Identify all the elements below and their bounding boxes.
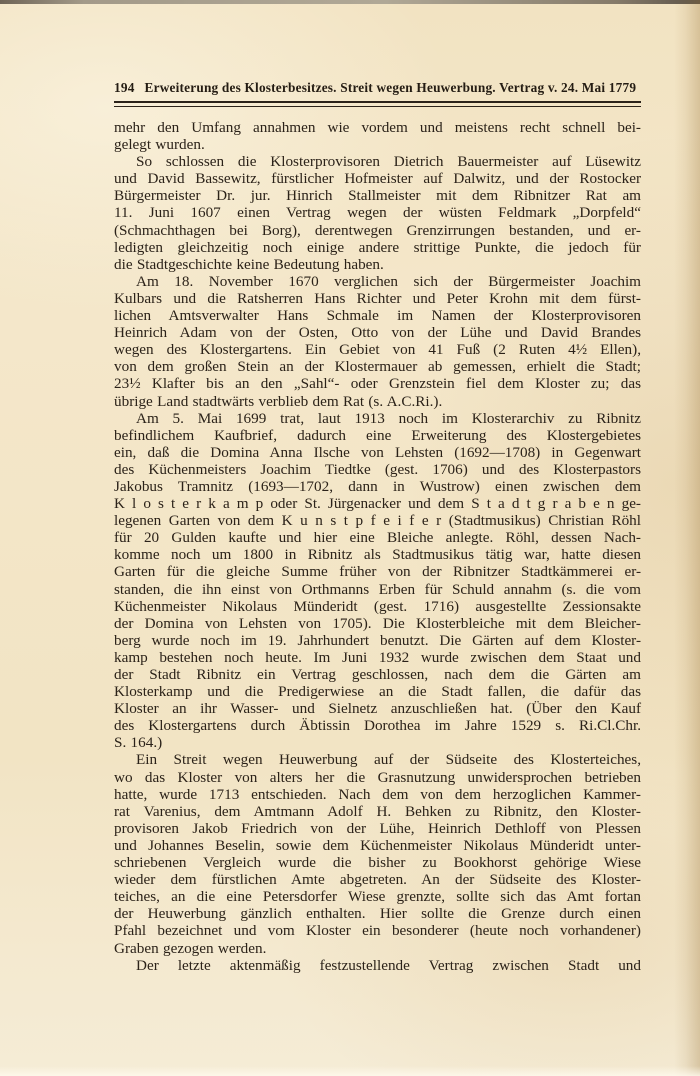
text-line: wegen des Klostergartens. Ein Gebiet von…	[114, 341, 641, 358]
text-line: berg wurde noch im 19. Jahrhundert benut…	[114, 632, 641, 649]
text-line: schriebenen Vergleich wurde die bisher z…	[114, 854, 641, 871]
text-line: Am 5. Mai 1699 trat, laut 1913 noch im K…	[114, 410, 641, 427]
text-line: Jakobus Tramnitz (1693—1702, dann in Wus…	[114, 478, 641, 495]
text-line: und Johannes Beselin, sowie dem Küchenme…	[114, 837, 641, 854]
text-line: des Küchenmeisters Joachim Tiedtke (gest…	[114, 461, 641, 478]
scan-top-edge	[0, 0, 700, 4]
scan-bottom-edge	[0, 1066, 700, 1076]
text-line: ein, daß die Domina Anna Ilsche von Lehs…	[114, 444, 641, 461]
text-line: kamp bestehen noch heute. Im Juni 1932 w…	[114, 649, 641, 666]
text-line: des Klostergartens durch Äbtissin Doroth…	[114, 717, 641, 734]
text-line: der Stadt Ribnitz ein Vertrag geschlosse…	[114, 666, 641, 683]
text-line: der Domina von Lehsten von 1705). Die Kl…	[114, 615, 641, 632]
text-line: 11. Juni 1607 einen Vertrag wegen der wü…	[114, 204, 641, 221]
text-line: standen, die ihn einst von Orthmanns Erb…	[114, 581, 641, 598]
text-line: Ein Streit wegen Heuwerbung auf der Süds…	[114, 751, 641, 768]
text-line: legenen Garten von dem K u n s t p f e i…	[114, 512, 641, 529]
text-line: übrige Land stadtwärts verblieb dem Rat …	[114, 393, 641, 410]
text-line: Heinrich Adam von der Osten, Otto von de…	[114, 324, 641, 341]
text-line: S. 164.)	[114, 734, 641, 751]
text-line: provisoren Jakob Friedrich von der Lühe,…	[114, 820, 641, 837]
text-line: hatte, wurde 1713 entschieden. Nach dem …	[114, 786, 641, 803]
scan-right-edge-shadow	[674, 0, 700, 1076]
text-line: wieder dem fürstlichen Amte abgetreten. …	[114, 871, 641, 888]
text-line: teiches, an die eine Petersdorfer Wiese …	[114, 888, 641, 905]
text-line: rat Varenius, dem Amtmann Adolf H. Behke…	[114, 803, 641, 820]
text-line: So schlossen die Klosterprovisoren Dietr…	[114, 153, 641, 170]
text-line: der Heuwerbung gänzlich enthalten. Hier …	[114, 905, 641, 922]
text-line: K l o s t e r k a m p oder St. Jürgenack…	[114, 495, 641, 512]
text-line: komme noch um 1800 in Ribnitz als Stadtm…	[114, 546, 641, 563]
text-line: gelegt wurden.	[114, 136, 641, 153]
text-line: Garten für die gleiche Summe früher von …	[114, 563, 641, 580]
header-rule-thick	[114, 101, 641, 103]
text-line: Am 18. November 1670 verglichen sich der…	[114, 273, 641, 290]
text-line: von dem großen Stein an der Klostermauer…	[114, 358, 641, 375]
text-line: 23½ Klafter bis an den „Sahl“- oder Gren…	[114, 375, 641, 392]
text-line: und David Bassewitz, fürstlicher Hofmeis…	[114, 170, 641, 187]
page-body-text: mehr den Umfang annahmen wie vordem und …	[114, 119, 641, 974]
text-line: Kulbars und die Ratsherren Hans Richter …	[114, 290, 641, 307]
text-line: Graben gezogen werden.	[114, 940, 641, 957]
text-line: befindlichem Kaufbrief, dadurch eine Erw…	[114, 427, 641, 444]
text-line: Küchenmeister Nikolaus Münderidt (gest. …	[114, 598, 641, 615]
text-line: Bürgermeister Dr. jur. Hinrich Stallmeis…	[114, 187, 641, 204]
text-line: die Stadtgeschichte keine Bedeutung habe…	[114, 256, 641, 273]
text-line: lichen Amtsverwalter Hans Schmale im Nam…	[114, 307, 641, 324]
text-line: ledigten gleichzeitig noch einige andere…	[114, 239, 641, 256]
text-line: wo das Kloster von alters her die Grasnu…	[114, 769, 641, 786]
header-rule-thin	[114, 106, 641, 107]
text-line: für 20 Gulden kaufte und hier eine Bleic…	[114, 529, 641, 546]
running-header-title: Erweiterung des Klosterbesitzes. Streit …	[145, 80, 637, 95]
text-line: (Schmachthagen bei Borg), derentwegen Gr…	[114, 222, 641, 239]
running-header: 194Erweiterung des Klosterbesitzes. Stre…	[114, 80, 641, 96]
text-line: Der letzte aktenmäßig festzustellende Ve…	[114, 957, 641, 974]
page-number: 194	[114, 80, 135, 95]
text-line: Klosterkamp und die Predigerwiese an die…	[114, 683, 641, 700]
text-line: Kloster an ihr Wasser- und Sielnetz anzu…	[114, 700, 641, 717]
header-double-rule	[114, 101, 641, 108]
text-line: Pfahl bezeichnet und vom Kloster ein bes…	[114, 922, 641, 939]
text-line: mehr den Umfang annahmen wie vordem und …	[114, 119, 641, 136]
